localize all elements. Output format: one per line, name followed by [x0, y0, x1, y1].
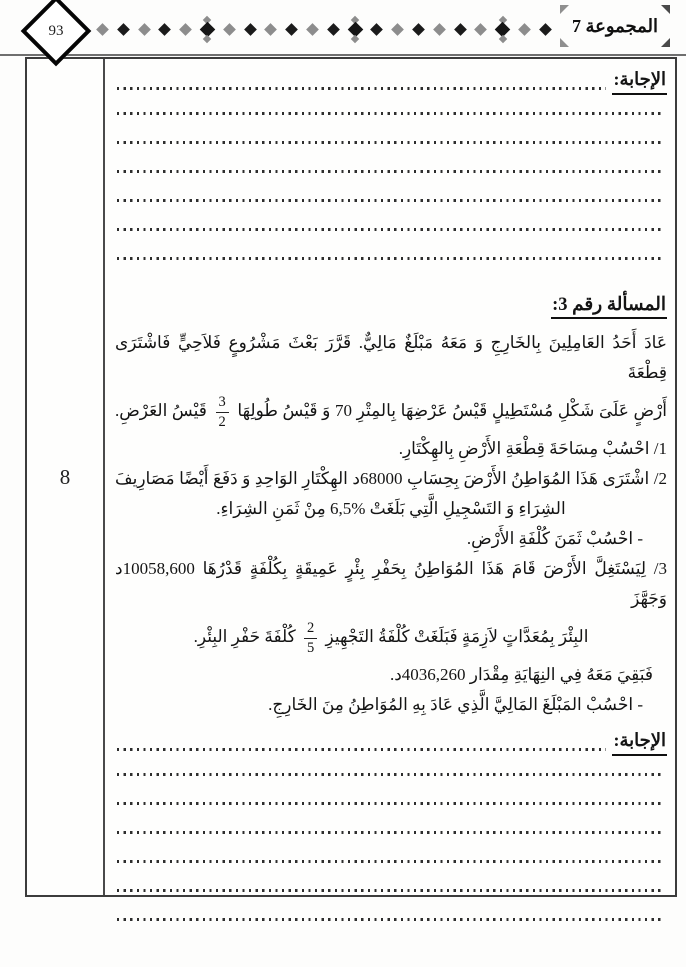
header-rule	[0, 54, 686, 56]
group-label-box: المجموعة 7	[560, 5, 670, 47]
answer-dotted-line	[117, 860, 665, 863]
answer-dotted-line	[117, 257, 665, 260]
diamond-icon	[265, 23, 278, 36]
answer-dotted-line	[117, 773, 665, 776]
diamond-icon	[96, 23, 109, 36]
exercise-frame: 8 الإجابة: المسألة رقم 3: عَادَ أَحَدُ ا…	[25, 57, 677, 897]
diamond-icon	[518, 23, 531, 36]
diamond-icon	[454, 23, 467, 36]
answer-dotted-line	[117, 831, 665, 834]
equip-cost-fraction: 25	[304, 621, 317, 655]
question-3-line1: 3/ لِيَسْتَغِلَّ الأَرْضَ قَامَ هَذَا ال…	[115, 554, 667, 614]
diamond-icon	[306, 23, 319, 36]
intro-line2-end: قَيْسُ العَرْضِ.	[115, 401, 207, 420]
diamond-ornament-row	[98, 14, 550, 44]
diamond-cluster-icon	[350, 17, 361, 42]
question-1: 1/ احْسُبْ مِسَاحَةَ قِطْعَةِ الأَرْضِ ب…	[115, 434, 667, 464]
answer-lines-bottom	[115, 773, 667, 921]
problem-title-row: المسألة رقم 3:	[115, 292, 667, 318]
diamond-icon	[412, 23, 425, 36]
diamond-icon	[179, 23, 192, 36]
question-3-line2: البِئْرَ بِمُعَدَّاتٍ لاَزِمَةٍ فَبَلَغَ…	[115, 614, 667, 660]
question-3-task: - احْسُبْ المَبْلَغَ المَالِيَّ الَّذِي …	[115, 690, 667, 720]
answer-dotted-line	[117, 141, 665, 144]
corner-mark-icon	[560, 38, 569, 47]
corner-mark-icon	[560, 5, 569, 14]
diamond-icon	[370, 23, 383, 36]
diamond-cluster-icon	[202, 17, 213, 42]
exercise-content: الإجابة: المسألة رقم 3: عَادَ أَحَدُ الع…	[105, 59, 675, 895]
answer-label: الإجابة:	[612, 728, 667, 756]
exercise-number-cell: 8	[27, 59, 105, 895]
answer-dotted-line	[117, 748, 606, 751]
answer-dotted-line	[117, 802, 665, 805]
diamond-icon	[138, 23, 151, 36]
intro-line2-start: أَرْضٍ عَلَىَ شَكْلِ مُسْتَطِيلٍ قَيْسُ …	[237, 401, 667, 420]
diamond-icon	[539, 23, 552, 36]
page-number: 93	[49, 23, 64, 40]
diamond-icon	[223, 23, 236, 36]
diamond-icon	[327, 23, 340, 36]
diamond-icon	[244, 23, 257, 36]
question-2-line2: الشِرَاءِ وَ التَسْجِيلِ الَّتِي بَلَغَت…	[115, 494, 667, 524]
question-3-line2-end: كُلْفَةَ حَفْرِ البِئْرِ.	[194, 627, 296, 646]
question-2-line1: 2/ اشْتَرَى هَذَا المُوَاطِنُ الأَرْضَ ب…	[115, 464, 667, 494]
question-3-line2-start: البِئْرَ بِمُعَدَّاتٍ لاَزِمَةٍ فَبَلَغَ…	[326, 627, 589, 646]
diamond-icon	[117, 23, 130, 36]
answer-dotted-line	[117, 170, 665, 173]
answer-dotted-line	[117, 228, 665, 231]
diamond-icon	[433, 23, 446, 36]
problem-intro-line2: أَرْضٍ عَلَىَ شَكْلِ مُسْتَطِيلٍ قَيْسُ …	[115, 388, 667, 434]
answer-label: الإجابة:	[612, 67, 667, 95]
corner-mark-icon	[661, 38, 670, 47]
answer-dotted-line	[117, 199, 665, 202]
corner-mark-icon	[661, 5, 670, 14]
problem-title: المسألة رقم 3:	[551, 295, 667, 319]
answer-dotted-line	[117, 87, 606, 90]
answer-dotted-line	[117, 112, 665, 115]
answer-lines-top	[115, 112, 667, 260]
answer-row-bottom: الإجابة:	[115, 728, 667, 756]
question-2-task: - احْسُبْ ثَمَنَ كُلْفَةِ الأَرْضِ.	[115, 524, 667, 554]
diamond-icon	[285, 23, 298, 36]
exercise-number: 8	[60, 465, 71, 490]
diamond-cluster-icon	[497, 17, 508, 42]
diamond-icon	[391, 23, 404, 36]
answer-row-top: الإجابة:	[115, 67, 667, 95]
diamond-icon	[474, 23, 487, 36]
diamond-icon	[159, 23, 172, 36]
group-label: المجموعة 7	[572, 16, 658, 37]
length-width-fraction: 32	[216, 395, 229, 429]
question-3-line3: فَبَقِيَ مَعَهُ فِي النِهَايَةِ مِقْدَار…	[115, 660, 667, 690]
answer-dotted-line	[117, 889, 665, 892]
answer-dotted-line	[117, 918, 665, 921]
problem-intro-line1: عَادَ أَحَدُ العَامِلِينَ بِالخَارِجِ وَ…	[115, 328, 667, 388]
